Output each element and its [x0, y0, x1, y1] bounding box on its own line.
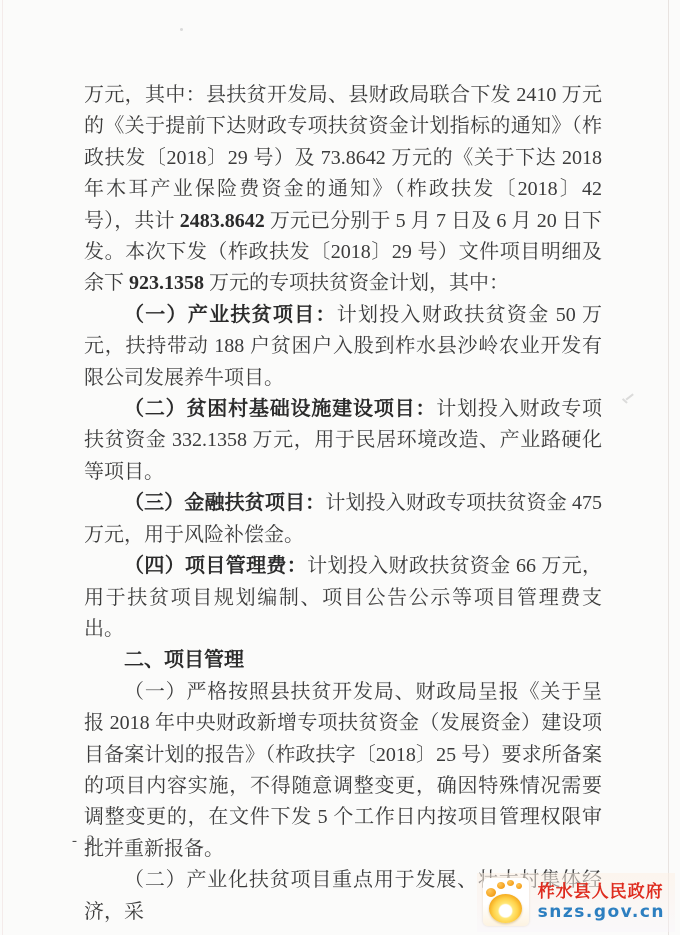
paragraph: 二、项目管理 [84, 645, 602, 676]
footprint-toe [516, 883, 522, 889]
footprint-toe [507, 880, 514, 886]
watermark-text: 柞水县人民政府 snzs.gov.cn [538, 882, 665, 922]
watermark-org-name: 柞水县人民政府 [538, 882, 665, 902]
document-body: 万元，其中：县扶贫开发局、县财政局联合下发 2410 万元的《关于提前下达财政专… [84, 80, 602, 928]
scan-speck [180, 28, 183, 31]
paragraph: （四）项目管理费：计划投入财政扶贫资金 66 万元，用于扶贫项目规划编制、项目公… [84, 551, 602, 645]
footprint-icon [483, 878, 529, 926]
bold-text-run: 2483.8642 [180, 210, 265, 232]
paragraph: （一）产业扶贫项目：计划投入财政扶贫资金 50 万元，扶持带动 188 户贫困户… [84, 300, 602, 394]
scan-edge-artifact-right [668, 0, 669, 935]
bold-text-run: （一）产业扶贫项目： [124, 304, 337, 326]
page-number: - 2 - [72, 833, 112, 850]
bold-text-run: 二、项目管理 [124, 649, 244, 671]
text-run: 万元的专项扶贫资金计划，其中： [204, 272, 509, 294]
bold-text-run: （四）项目管理费： [124, 555, 307, 577]
paragraph: （一）严格按照县扶贫开发局、财政局呈报《关于呈报 2018 年中央财政新增专项扶… [84, 677, 602, 865]
bold-text-run: 923.1358 [129, 272, 204, 294]
text-run: （一）严格按照县扶贫开发局、财政局呈报《关于呈报 2018 年中央财政新增专项扶… [84, 681, 602, 860]
footprint-pad [489, 894, 522, 923]
pencil-smudge-mark [620, 392, 634, 408]
paragraph: （二）贫困村基础设施建设项目：计划投入财政专项扶贫资金 332.1358 万元，… [84, 394, 602, 488]
bold-text-run: （二）贫困村基础设施建设项目： [124, 398, 436, 420]
watermark-domain: snzs.gov.cn [538, 902, 665, 922]
footprint-toe [486, 888, 496, 897]
scanned-document-page: 万元，其中：县扶贫开发局、县财政局联合下发 2410 万元的《关于提前下达财政专… [0, 0, 680, 935]
paragraph: （三）金融扶贫项目：计划投入财政专项扶贫资金 475 万元，用于风险补偿金。 [84, 488, 602, 551]
footprint-toe [497, 882, 505, 889]
gov-website-watermark: 柞水县人民政府 snzs.gov.cn [477, 873, 675, 932]
bold-text-run: （三）金融扶贫项目： [124, 492, 325, 514]
paragraph: 万元，其中：县扶贫开发局、县财政局联合下发 2410 万元的《关于提前下达财政专… [84, 80, 602, 300]
scan-edge-artifact-left [2, 0, 3, 935]
